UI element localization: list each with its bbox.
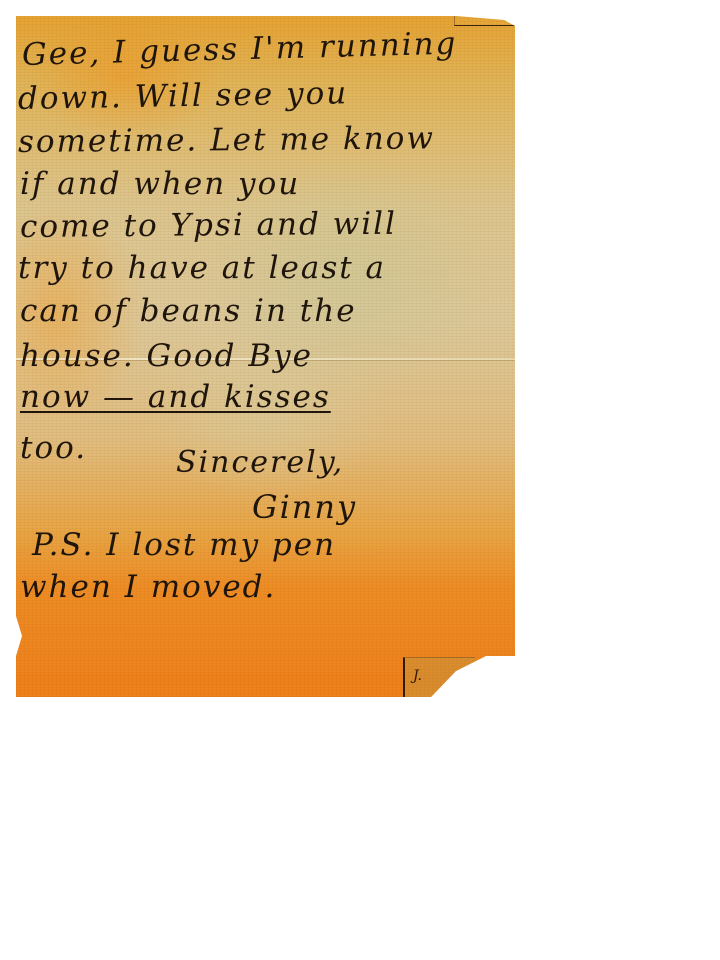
letter-line: if and when you — [20, 169, 300, 200]
letter-signature: Ginny — [252, 491, 357, 523]
postscript-line: when I moved. — [20, 572, 276, 603]
letter-line: come to Ypsi and will — [20, 209, 397, 243]
letter-line: Gee, I guess I'm running — [22, 29, 458, 71]
letter-line: sometime. Let me know — [18, 123, 435, 158]
torn-corner-stamp: J. — [403, 657, 475, 697]
letter-closing: Sincerely, — [176, 448, 344, 478]
letter-line: too. — [20, 433, 87, 464]
corner-mark: J. — [413, 668, 422, 684]
postscript-line: P.S. I lost my pen — [32, 530, 336, 561]
letter-line: can of beans in the — [20, 296, 357, 327]
letter-line: down. Will see you — [18, 78, 349, 115]
letter-body: Gee, I guess I'm running down. Will see … — [16, 16, 515, 697]
letter-line: now — and kisses — [20, 382, 331, 413]
letter-line: try to have at least a — [18, 253, 386, 284]
letter-page: Gee, I guess I'm running down. Will see … — [16, 16, 515, 697]
letter-line: house. Good Bye — [20, 341, 313, 372]
